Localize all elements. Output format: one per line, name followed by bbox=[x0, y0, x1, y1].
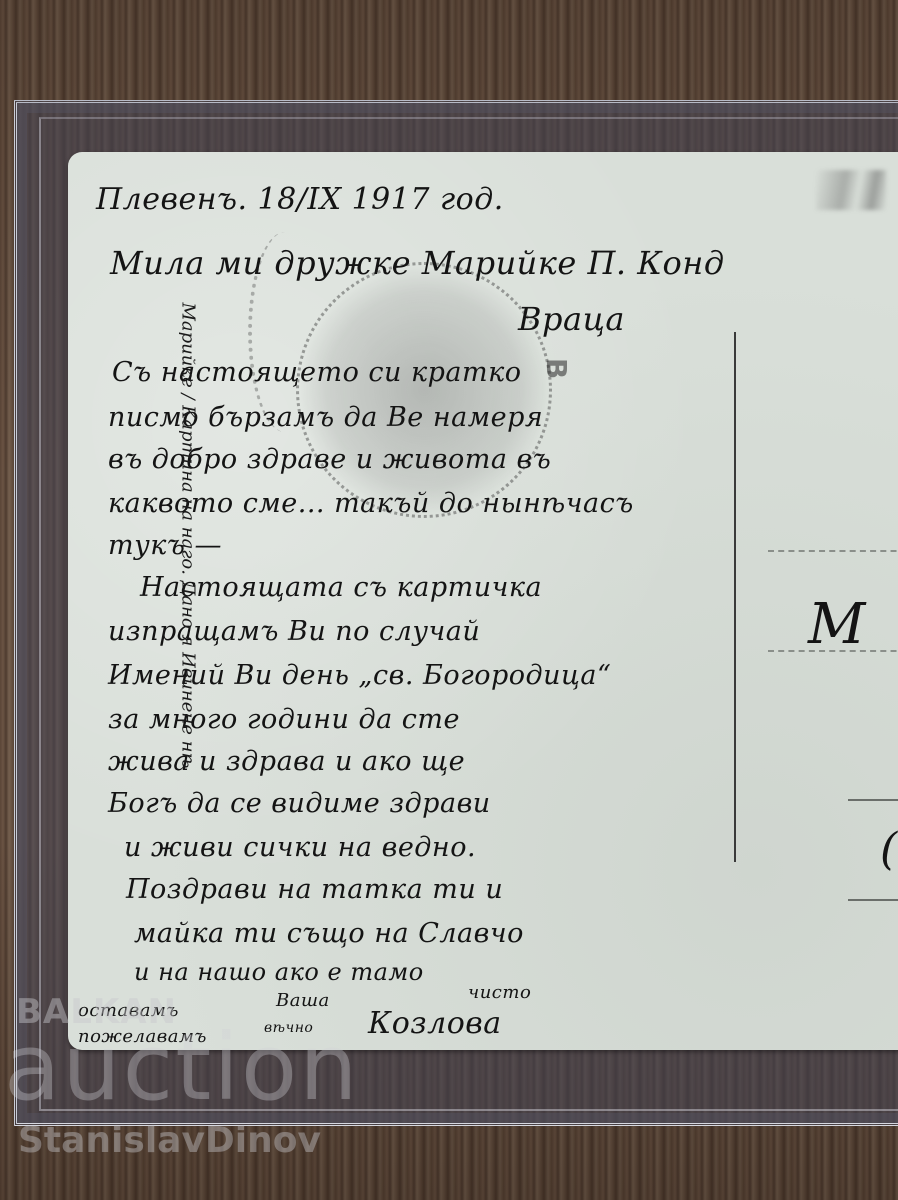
place-date: Плевенъ. 18/IX 1917 год. bbox=[96, 182, 504, 217]
recipient-initial: М bbox=[808, 592, 865, 657]
address-handwriting-fragment: ( bbox=[880, 824, 897, 875]
body-line: тукъ — bbox=[108, 530, 222, 561]
closing-left-2: пожелавамъ bbox=[78, 1026, 207, 1047]
postmark-letter: В bbox=[540, 358, 573, 379]
body-line: за много години да сте bbox=[108, 704, 460, 735]
body-line: Съ настоящето си кратко bbox=[112, 357, 522, 388]
address-divider-line bbox=[734, 332, 736, 862]
signature: Козлова bbox=[368, 1006, 502, 1041]
body-line: изпращамъ Ви по случай bbox=[108, 616, 480, 647]
body-line: и на нашо ако е тамо bbox=[134, 958, 424, 986]
body-line: Настоящата съ картичка bbox=[140, 572, 542, 603]
postcard: В М ( Плевенъ. 18/IX 1917 год. Мила ми д… bbox=[68, 152, 898, 1050]
closing-middle-lower: вѣчно bbox=[264, 1020, 313, 1036]
body-line: Богъ да се видиме здрави bbox=[108, 788, 491, 819]
address-solid-line-1 bbox=[848, 799, 898, 801]
address-dotted-line-1 bbox=[768, 550, 898, 552]
closing-left-1: оставамъ bbox=[78, 1000, 179, 1021]
recipient-city: Враца bbox=[518, 300, 625, 338]
body-line: писмо бързамъ да Ве намеря bbox=[108, 402, 543, 433]
margin-vertical-note: Марийке / Картина на наго. Дано я Ивинен… bbox=[178, 303, 199, 943]
postmark bbox=[296, 262, 552, 518]
body-line: въ добро здраве и живота въ bbox=[108, 444, 551, 475]
address-solid-line-2 bbox=[848, 899, 898, 901]
closing-middle-upper: Ваша bbox=[276, 990, 330, 1011]
body-line: жива и здрава и ако ще bbox=[108, 746, 465, 777]
closing-right-upper: чисто bbox=[468, 982, 531, 1003]
salutation: Мила ми дружке Марийке П. Конд bbox=[110, 244, 725, 282]
ink-smudge bbox=[816, 170, 886, 210]
